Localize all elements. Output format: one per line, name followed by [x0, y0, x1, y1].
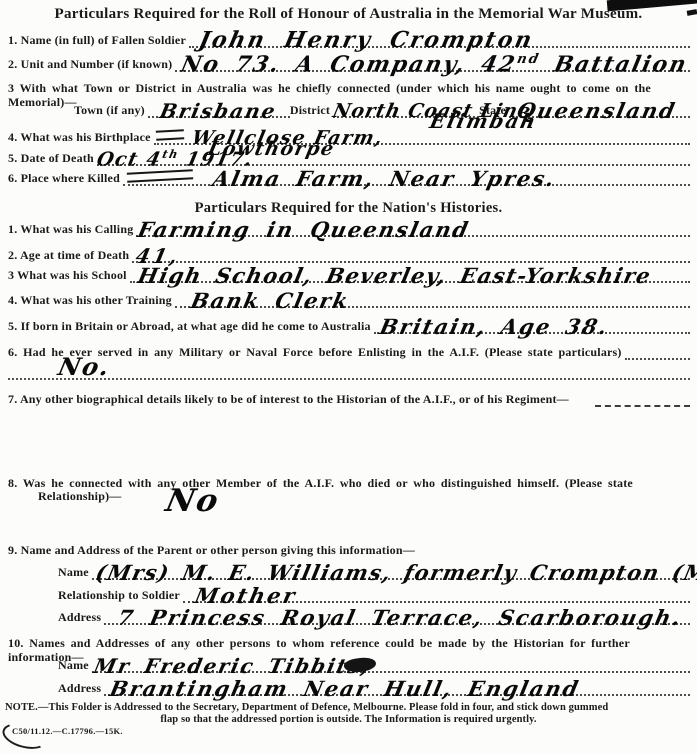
- question-calling-label: 1. What was his Calling: [8, 223, 133, 237]
- question-age-row: 2. Age at time of Death 41,: [8, 246, 690, 263]
- district-label: District: [290, 104, 330, 118]
- section-histories-title: Particulars Required for the Nation's Hi…: [0, 200, 697, 217]
- scanned-roll-of-honour-form: Particulars Required for the Roll of Hon…: [0, 0, 697, 754]
- question-birthplace-label: 4. What was his Birthplace: [8, 131, 151, 145]
- handwritten-place-killed: Alma Farm, Near Ypres.: [211, 168, 558, 189]
- answer-line: Mr Frederic Tibbits,: [92, 654, 690, 673]
- question-place-killed-row: 6. Place where Killed Alma Farm, Near Yp…: [8, 169, 690, 186]
- answer-line: John Henry Crompton: [189, 29, 690, 48]
- handwritten-prior-service: No.: [56, 355, 113, 379]
- parent-address-row: Address 7 Princess Royal Terrace, Scarbo…: [58, 608, 690, 625]
- handwritten-relationship: Mother: [193, 585, 299, 606]
- folder-note-line2: flap so that the addressed portion is ou…: [5, 714, 692, 726]
- answer-line: (Mrs) M. E. Williams, formerly Crompton …: [92, 561, 690, 580]
- handwritten-town: Brisbane: [158, 101, 279, 121]
- question-training-label: 4. What was his other Training: [8, 294, 172, 308]
- crossed-out-scribble: [155, 129, 183, 140]
- form-title: Particulars Required for the Roll of Hon…: [0, 6, 697, 23]
- reference-name-row: Name Mr Frederic Tibbits,: [58, 656, 690, 673]
- question-born-row: 5. If born in Britain or Abroad, at what…: [8, 317, 690, 334]
- question-born-label: 5. If born in Britain or Abroad, at what…: [8, 320, 371, 334]
- handwritten-reference-name: Mr Frederic Tibbits,: [92, 656, 373, 676]
- town-answer-line: Brisbane: [148, 99, 290, 118]
- answer-line: 41,: [132, 244, 690, 263]
- handwritten-reference-address: Brantingham Near Hull, England: [108, 678, 582, 699]
- parent-address-label: Address: [58, 611, 101, 625]
- answer-line: High School, Beverley, East-Yorkshire: [130, 264, 690, 283]
- relationship-row: Relationship to Soldier Mother: [58, 586, 690, 603]
- question-name-label: 1. Name (in full) of Fallen Soldier: [8, 34, 186, 48]
- town-district-state-row: Town (if any) Brisbane District North Co…: [8, 101, 690, 118]
- question-age-label: 2. Age at time of Death: [8, 249, 129, 263]
- question-calling-row: 1. What was his Calling Farming in Queen…: [8, 220, 690, 237]
- reference-name-label: Name: [58, 659, 89, 673]
- question-parent-info-label: 9. Name and Address of the Parent or oth…: [8, 544, 690, 558]
- answer-line: [625, 341, 690, 360]
- question-birthplace-row: 4. What was his Birthplace Wellclose Far…: [8, 128, 690, 145]
- handwritten-district-alt: Elimbah: [428, 111, 539, 131]
- question-unit-label: 2. Unit and Number (if known): [8, 58, 172, 72]
- handwritten-connected: No: [163, 486, 223, 517]
- handwritten-unit-number: No 73. A Company, 42nd Battalion: [179, 53, 690, 75]
- question-place-killed-label: 6. Place where Killed: [8, 172, 120, 186]
- reference-address-label: Address: [58, 682, 101, 696]
- question-connected-label-line2: Relationship)—: [38, 490, 690, 504]
- handwritten-parent-address: 7 Princess Royal Terrace, Scarborough.: [116, 607, 684, 628]
- answer-line: Oct 4th 1917.: [97, 147, 690, 166]
- handwritten-calling: Farming in Queensland: [136, 219, 472, 240]
- answer-line: Farming in Queensland: [136, 218, 690, 237]
- handwritten-parent-name: (Mrs) M. E. Williams, formerly Crompton …: [94, 562, 697, 583]
- answer-line: [8, 378, 690, 380]
- folder-note-line1: NOTE.—This Folder is Addressed to the Se…: [5, 702, 692, 714]
- handwritten-school: High School, Beverley, East-Yorkshire: [136, 265, 654, 286]
- answer-line: 7 Princess Royal Terrace, Scarborough.: [104, 606, 690, 625]
- question-name-row: 1. Name (in full) of Fallen Soldier John…: [8, 31, 690, 48]
- question-biographical-row: 7. Any other biographical details likely…: [8, 390, 690, 407]
- question-unit-row: 2. Unit and Number (if known) No 73. A C…: [8, 55, 690, 72]
- question-death-date-label: 5. Date of Death: [8, 152, 94, 166]
- question-biographical-label: 7. Any other biographical details likely…: [8, 393, 569, 407]
- question-training-row: 4. What was his other Training Bank Cler…: [8, 291, 690, 308]
- answer-line: No 73. A Company, 42nd Battalion: [175, 53, 690, 72]
- handwritten-state: Queensland: [515, 100, 678, 121]
- question-school-label: 3 What was his School: [8, 269, 127, 283]
- answer-line: Bank Clerk: [175, 289, 690, 308]
- question-death-date-row: 5. Date of Death Oct 4th 1917.: [8, 149, 690, 166]
- handwritten-born: Britain, Age 38.: [378, 316, 611, 337]
- parent-name-label: Name: [58, 566, 89, 580]
- parent-name-row: Name (Mrs) M. E. Williams, formerly Crom…: [58, 563, 690, 580]
- answer-line: [572, 390, 690, 407]
- town-label: Town (if any): [74, 104, 145, 118]
- answer-line: Mother: [183, 584, 690, 603]
- answer-line: Britain, Age 38.: [374, 315, 690, 334]
- reference-address-row: Address Brantingham Near Hull, England: [58, 679, 690, 696]
- relationship-label: Relationship to Soldier: [58, 589, 180, 603]
- crossed-out-scribble: [127, 169, 193, 182]
- answer-line: Brantingham Near Hull, England: [104, 677, 690, 696]
- handwritten-soldier-name: John Henry Crompton: [197, 29, 536, 51]
- handwritten-training: Bank Clerk: [189, 290, 352, 311]
- question-school-row: 3 What was his School High School, Bever…: [8, 266, 690, 283]
- dash-marks: [595, 405, 690, 407]
